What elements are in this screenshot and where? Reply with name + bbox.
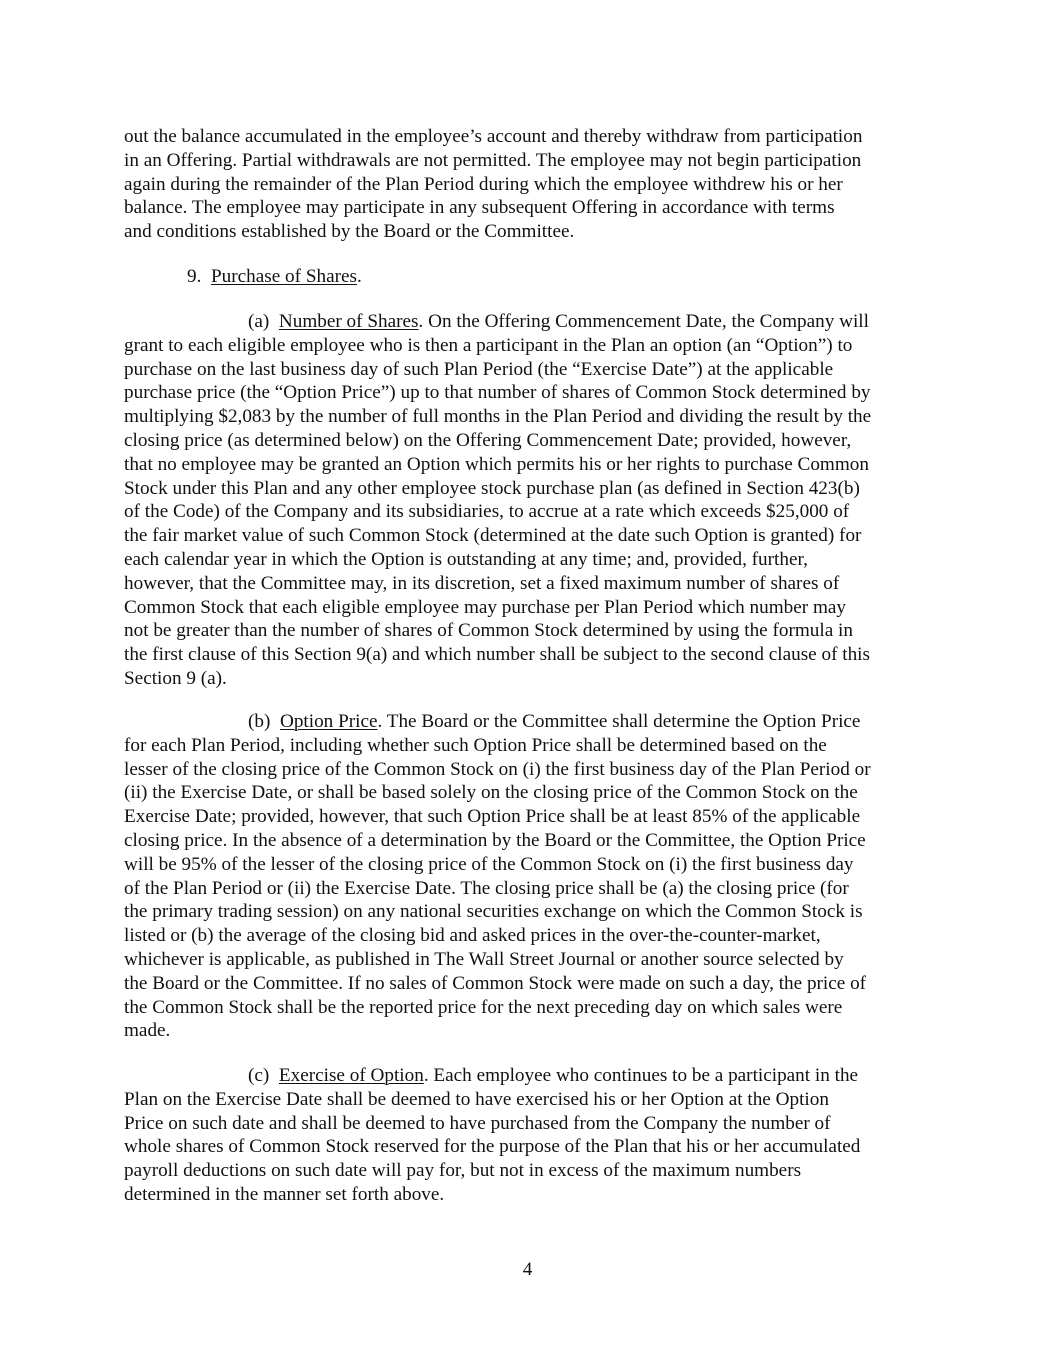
subsection-first-line-rest: . Each employee who continues to be a pa… — [424, 1065, 858, 1086]
text-line: that no employee may be granted an Optio… — [124, 453, 944, 477]
subsection-b: (b) Option Price. The Board or the Commi… — [124, 710, 944, 1043]
text-line: in an Offering. Partial withdrawals are … — [124, 149, 944, 173]
subsection-label: (c) — [248, 1065, 269, 1086]
subsection-label: (a) — [248, 311, 269, 332]
text-line: for each Plan Period, including whether … — [124, 734, 944, 758]
text-line: however, that the Committee may, in its … — [124, 572, 944, 596]
text-line: determined in the manner set forth above… — [124, 1183, 944, 1207]
section-heading: 9. Purchase of Shares. — [124, 265, 944, 289]
subsection-label: (b) — [248, 711, 270, 732]
text-line: not be greater than the number of shares… — [124, 619, 944, 643]
text-line: whichever is applicable, as published in… — [124, 948, 944, 972]
text-line: the fair market value of such Common Sto… — [124, 524, 944, 548]
text-line: out the balance accumulated in the emplo… — [124, 125, 944, 149]
page-number: 4 — [0, 1258, 1055, 1282]
text-line: of the Plan Period or (ii) the Exercise … — [124, 877, 944, 901]
subsection-title: Exercise of Option — [279, 1065, 424, 1086]
text-line: made. — [124, 1019, 944, 1043]
text-line: and conditions established by the Board … — [124, 220, 944, 244]
section-title: Purchase of Shares — [211, 266, 357, 287]
text-line: grant to each eligible employee who is t… — [124, 334, 944, 358]
section-title-suffix: . — [357, 266, 362, 287]
section-number: 9. — [187, 266, 201, 287]
text-line: lesser of the closing price of the Commo… — [124, 758, 944, 782]
text-line: again during the remainder of the Plan P… — [124, 173, 944, 197]
section-heading-line: 9. Purchase of Shares. — [124, 265, 944, 289]
subsection-c: (c) Exercise of Option. Each employee wh… — [124, 1064, 944, 1207]
subsection-title: Number of Shares — [279, 311, 419, 332]
text-line: Plan on the Exercise Date shall be deeme… — [124, 1088, 944, 1112]
text-line: the primary trading session) on any nati… — [124, 900, 944, 924]
text-line: closing price (as determined below) on t… — [124, 429, 944, 453]
subsection-first-line-rest: . The Board or the Committee shall deter… — [378, 711, 861, 732]
text-line: payroll deductions on such date will pay… — [124, 1159, 944, 1183]
text-line: Stock under this Plan and any other empl… — [124, 477, 944, 501]
text-line: whole shares of Common Stock reserved fo… — [124, 1135, 944, 1159]
text-line: multiplying $2,083 by the number of full… — [124, 405, 944, 429]
subsection-first-line-rest: . On the Offering Commencement Date, the… — [419, 311, 869, 332]
text-line: each calendar year in which the Option i… — [124, 548, 944, 572]
subsection-title: Option Price — [280, 711, 378, 732]
carryover-paragraph: out the balance accumulated in the emplo… — [124, 125, 944, 244]
text-line: Common Stock that each eligible employee… — [124, 596, 944, 620]
subsection-a: (a) Number of Shares. On the Offering Co… — [124, 310, 944, 691]
text-line: Price on such date and shall be deemed t… — [124, 1112, 944, 1136]
text-line: the Board or the Committee. If no sales … — [124, 972, 944, 996]
text-line: the first clause of this Section 9(a) an… — [124, 643, 944, 667]
text-line: listed or (b) the average of the closing… — [124, 924, 944, 948]
subsection-first-line: (b) Option Price. The Board or the Commi… — [124, 710, 944, 734]
text-line: Exercise Date; provided, however, that s… — [124, 805, 944, 829]
document-page: out the balance accumulated in the emplo… — [0, 0, 1055, 1365]
text-line: purchase on the last business day of suc… — [124, 358, 944, 382]
text-line: Section 9 (a). — [124, 667, 944, 691]
text-line: of the Code) of the Company and its subs… — [124, 500, 944, 524]
text-line: balance. The employee may participate in… — [124, 196, 944, 220]
text-line: closing price. In the absence of a deter… — [124, 829, 944, 853]
text-line: the Common Stock shall be the reported p… — [124, 996, 944, 1020]
subsection-first-line: (c) Exercise of Option. Each employee wh… — [124, 1064, 944, 1088]
text-line: purchase price (the “Option Price”) up t… — [124, 381, 944, 405]
subsection-first-line: (a) Number of Shares. On the Offering Co… — [124, 310, 944, 334]
text-line: will be 95% of the lesser of the closing… — [124, 853, 944, 877]
text-line: (ii) the Exercise Date, or shall be base… — [124, 781, 944, 805]
